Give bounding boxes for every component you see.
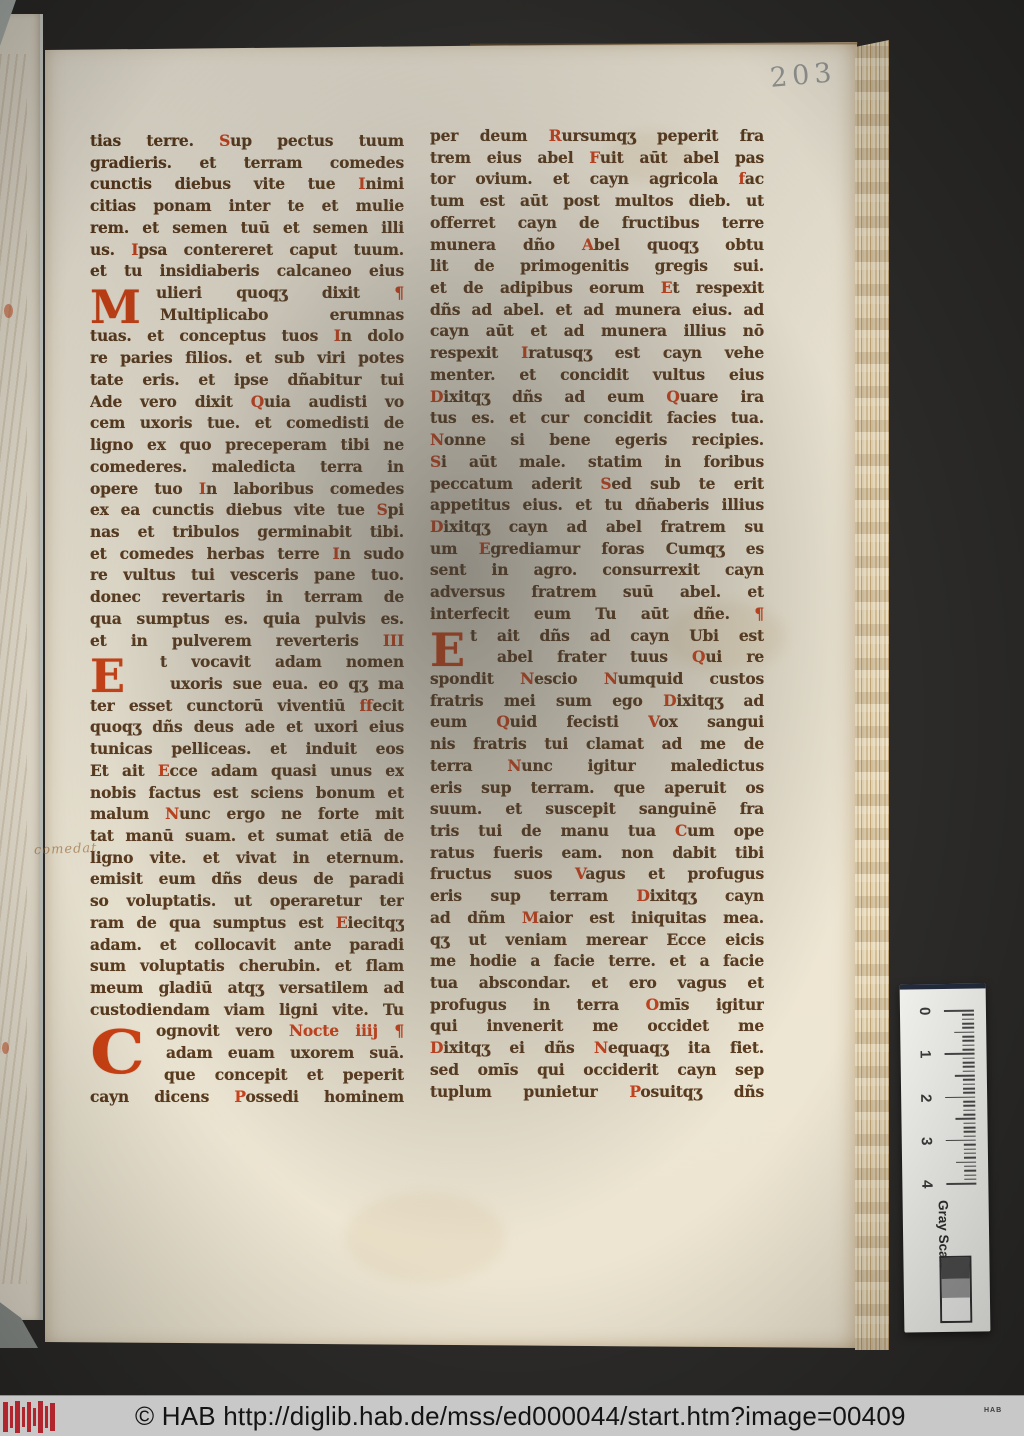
- registration-bar: [3, 1402, 8, 1432]
- text-run: tor ovium. et cayn agricola: [430, 169, 738, 188]
- text-line: comederes. maledicta terra in: [90, 456, 404, 478]
- rubricated-text: ff: [360, 696, 373, 715]
- text-run: ixitqʒ cayn: [650, 886, 764, 905]
- text-line: munera dño Abel quoqʒ obtu: [430, 234, 764, 256]
- rubricated-text: N: [520, 669, 534, 688]
- text-line: eris sup terram Dixitqʒ cayn: [430, 885, 764, 907]
- rubricated-text: Q: [251, 392, 264, 411]
- registration-bar: [15, 1401, 20, 1433]
- ruler-tick: [964, 1170, 976, 1172]
- ruler-tick: [964, 1152, 976, 1154]
- text-run: per deum: [430, 126, 549, 145]
- ruler-tick: [962, 1027, 974, 1029]
- ruler-tick: [956, 1161, 976, 1163]
- gray-scale-patches: [939, 1256, 972, 1323]
- registration-bar: [33, 1408, 36, 1426]
- text-run: aior est iniquitas mea.: [539, 908, 764, 927]
- text-run: uia audisti vo: [264, 392, 404, 411]
- manuscript-paragraph: Et vocavit adam nomenuxoris sue eua. eo …: [90, 651, 404, 1020]
- text-run: tum est aūt post multos dieb. ut: [430, 191, 764, 210]
- text-run: nobis factus est sciens bonum et: [90, 783, 404, 802]
- text-run: um ope: [687, 821, 764, 840]
- text-line: ter esset cunctorū viventiū ffecit: [90, 695, 404, 717]
- text-line: so voluptatis. ut operaretur ter: [90, 890, 404, 912]
- text-line: rem. et semen tuū et semen illi: [90, 217, 404, 239]
- rubricated-text: I: [333, 544, 340, 563]
- text-run: peccatum aderit: [430, 474, 600, 493]
- gray-patch-1: [942, 1279, 970, 1298]
- text-run: psa contereret caput tuum.: [138, 240, 404, 259]
- text-run: rem. et semen tuū et semen illi: [90, 218, 404, 237]
- rubricated-text: III: [383, 631, 404, 650]
- right-text-column: per deum Rursumqʒ peperit fratrem eius a…: [430, 125, 764, 1102]
- text-run: uid fecisti: [510, 712, 648, 731]
- ruler-tick: [963, 1088, 975, 1090]
- text-run: tua abscondar. et ero vagus et: [430, 973, 764, 992]
- text-run: nimi: [365, 174, 404, 193]
- ruler-tick: [955, 1075, 975, 1077]
- ruler-tick: [964, 1131, 976, 1133]
- text-run: sent in agro. consurrexit cayn: [430, 560, 764, 579]
- text-line: Dixitqʒ dñs ad eum Quare ira: [430, 386, 764, 408]
- text-run: so voluptatis. ut operaretur ter: [90, 891, 404, 910]
- text-run: emisit eum dñs deus de paradi: [90, 869, 404, 888]
- text-line: cayn aūt et ad munera illius nō: [430, 320, 764, 342]
- rubricated-text: D: [663, 691, 676, 710]
- text-run: ecit: [372, 696, 404, 715]
- text-run: abel frater tuus: [497, 647, 692, 666]
- text-run: ui re: [705, 647, 764, 666]
- text-run: us.: [90, 240, 131, 259]
- text-line: et in pulverem reverteris III: [90, 630, 404, 652]
- rubricated-text: V: [648, 712, 658, 731]
- text-run: comederes. maledicta terra in: [90, 457, 404, 476]
- rubricated-text: I: [334, 326, 341, 345]
- rubricated-text: F: [589, 148, 600, 167]
- ruler-tick: [962, 1018, 974, 1020]
- text-run: ursumqʒ peperit fra: [561, 126, 764, 145]
- text-run: i aūt male. statim in foribus: [441, 452, 764, 471]
- text-run: profugus in terra: [430, 995, 646, 1014]
- facing-page-rubric-speck: [4, 304, 13, 318]
- manuscript-paragraph: Et ait dñs ad cayn Ubi estabel frater tu…: [430, 625, 764, 1103]
- text-line: ram de qua sumptus est Eiecitqʒ: [90, 912, 404, 934]
- ruler-tick: [946, 1183, 976, 1185]
- ruler-tick: [954, 1031, 974, 1033]
- text-run: sed omīs qui occiderit cayn sep: [430, 1060, 764, 1079]
- text-line: re vultus tui vesceris pane tuo.: [90, 564, 404, 586]
- text-run: iecitqʒ: [348, 913, 404, 932]
- rubricated-text: S: [377, 500, 388, 519]
- ruler-tick: [963, 1109, 975, 1111]
- text-run: ed sub te erit: [611, 474, 764, 493]
- manuscript-paragraph: per deum Rursumqʒ peperit fratrem eius a…: [430, 125, 764, 625]
- text-run: terra: [430, 756, 507, 775]
- text-run: adam euam uxorem suā.: [166, 1043, 404, 1062]
- text-line: donec revertaris in terram de: [90, 586, 404, 608]
- text-run: n sudo: [340, 544, 404, 563]
- text-line: eum Quid fecisti Vox sangui: [430, 711, 764, 733]
- ruler-tick: [946, 1139, 976, 1141]
- text-line: respexit Iratusqʒ est cayn vehe: [430, 342, 764, 364]
- scanned-manuscript-view: 203 tias terre. Sup pectus tuumgradieris…: [0, 0, 1024, 1436]
- text-run: cunctis diebus vite tue: [90, 174, 358, 193]
- text-run: up pectus tuum: [230, 131, 404, 150]
- text-run: n laboribus comedes: [206, 479, 404, 498]
- text-run: ratusqʒ est cayn vehe: [528, 343, 764, 362]
- text-line: emisit eum dñs deus de paradi: [90, 868, 404, 890]
- text-run: quoqʒ dñs deus ade et uxori eius: [90, 717, 404, 736]
- text-line: et comedes herbas terre In sudo: [90, 543, 404, 565]
- text-run: tris tui de manu tua: [430, 821, 675, 840]
- text-line: tua abscondar. et ero vagus et: [430, 972, 764, 994]
- text-line: Ade vero dixit Quia audisti vo: [90, 391, 404, 413]
- ruler-tick: [963, 1092, 975, 1094]
- text-line: Nonne si bene egeris recipies.: [430, 429, 764, 451]
- text-run: uit aūt abel pas: [600, 148, 764, 167]
- text-run: grediamur foras Cumqʒ es: [490, 539, 764, 558]
- ruler-tick: [962, 1040, 974, 1042]
- text-line: tris tui de manu tua Cum ope: [430, 820, 764, 842]
- caption-bar: © HAB http://diglib.hab.de/mss/ed000044/…: [0, 1395, 1024, 1436]
- text-line: suum. et suscepit sanguinē fra: [430, 798, 764, 820]
- text-run: ex ea cunctis diebus vite tue: [90, 500, 377, 519]
- text-run: tuplum punietur: [430, 1082, 629, 1101]
- text-line: qui invenerit me occidet me: [430, 1015, 764, 1037]
- text-line: sent in agro. consurrexit cayn: [430, 559, 764, 581]
- text-run: cem uxoris tue. et comedisti de: [90, 413, 404, 432]
- text-run: qua sumptus es. quia pulvis es.: [90, 609, 404, 628]
- rubricated-text: N: [507, 756, 521, 775]
- text-line: adversus fratrem suū abel. et: [430, 581, 764, 603]
- text-line: profugus in terra Omīs igitur: [430, 994, 764, 1016]
- text-line: ligno ex quo preceperam tibi ne: [90, 434, 404, 456]
- text-run: qʒ ut veniam merear Ecce eicis: [430, 930, 764, 949]
- text-line: me hodie a facie terre. et a facie: [430, 950, 764, 972]
- text-run: me hodie a facie terre. et a facie: [430, 951, 764, 970]
- text-run: nis fratris tui clamat ad me de: [430, 734, 764, 753]
- text-line: fratris mei sum ego Dixitqʒ ad: [430, 690, 764, 712]
- text-line: citias ponam inter te et mulie: [90, 195, 404, 217]
- drop-cap-initial: C: [90, 1024, 145, 1082]
- text-run: t vocavit adam nomen: [160, 652, 404, 671]
- text-run: trem eius abel: [430, 148, 589, 167]
- rubricated-text: ¶: [394, 283, 404, 302]
- gray-patch-0: [941, 1258, 969, 1279]
- text-run: tat manū suam. et sumat etiā de: [90, 826, 404, 845]
- text-line: sum voluptatis cherubin. et flam: [90, 955, 404, 977]
- ruler-tick: [955, 1118, 975, 1120]
- text-run: cce adam quasi unus ex: [170, 761, 404, 780]
- rubricated-text: N: [594, 1038, 608, 1057]
- text-line: tate eris. et ipse dñabitur tui: [90, 369, 404, 391]
- ruler-tick: [964, 1144, 976, 1146]
- text-line: us. Ipsa contereret caput tuum.: [90, 239, 404, 261]
- ruler-tick: [963, 1113, 975, 1115]
- text-line: tias terre. Sup pectus tuum: [90, 130, 404, 152]
- registration-bar: [27, 1402, 31, 1432]
- text-run: cayn dicens: [90, 1087, 234, 1106]
- ruler-tick: [964, 1165, 976, 1167]
- drop-cap-initial: E: [90, 654, 125, 698]
- ruler-number: 3: [917, 1131, 935, 1151]
- text-run: unc igitur maledictus: [521, 756, 764, 775]
- text-run: appetitus eius. et tu dñaberis illius: [430, 495, 764, 514]
- text-line: fructus suos Vagus et profugus: [430, 863, 764, 885]
- ruler-tick: [945, 1053, 975, 1055]
- rubricated-text: P: [629, 1082, 640, 1101]
- ruler-tick: [962, 1014, 974, 1016]
- manuscript-paragraph: tias terre. Sup pectus tuumgradieris. et…: [90, 130, 404, 282]
- text-run: cayn aūt et ad munera illius nō: [430, 321, 764, 340]
- rubricated-text: Q: [496, 712, 509, 731]
- rubricated-text: S: [219, 131, 230, 150]
- text-line: tus es. et cur concidit facies tua.: [430, 407, 764, 429]
- registration-bar: [38, 1401, 43, 1433]
- text-run: ixitqʒ cayn ad abel fratrem su: [443, 517, 764, 536]
- ruler-numbers: 01234: [900, 983, 986, 984]
- ruler-tick: [964, 1174, 976, 1176]
- copyright-caption: © HAB http://diglib.hab.de/mss/ed000044/…: [135, 1400, 906, 1431]
- ruler-tick: [963, 1062, 975, 1064]
- ruler-tick: [962, 1049, 974, 1051]
- text-run: re paries filios. et sub viri potes: [90, 348, 404, 367]
- margin-note: comedat: [34, 841, 98, 858]
- folio-number: 203: [769, 57, 838, 94]
- ruler-tick: [945, 1096, 975, 1098]
- text-line: menter. et concidit vultus eius: [430, 364, 764, 386]
- text-run: dñs ad abel. et ad munera eius. ad: [430, 300, 764, 319]
- ruler-tick: [964, 1178, 976, 1180]
- rubricated-text: D: [430, 1038, 443, 1057]
- text-line: offerret cayn de fructibus terre: [430, 212, 764, 234]
- text-line: tat manū suam. et sumat etiā de: [90, 825, 404, 847]
- text-run: adversus fratrem suū abel. et: [430, 582, 764, 601]
- text-run: nas et tribulos germinabit tibi.: [90, 522, 404, 541]
- text-run: munera dño: [430, 235, 582, 254]
- text-run: eris sup terram: [430, 886, 637, 905]
- text-line: tunicas pelliceas. et induit eos: [90, 738, 404, 760]
- rubricated-text: E: [661, 278, 673, 297]
- rubricated-text: I: [199, 479, 206, 498]
- ruler-number: 0: [915, 1001, 933, 1021]
- rubricated-text: P: [234, 1087, 245, 1106]
- ruler-number: 1: [915, 1044, 933, 1064]
- ruler-tick: [963, 1057, 975, 1059]
- text-run: ixitqʒ ei dñs: [443, 1038, 594, 1057]
- text-run: ligno ex quo preceperam tibi ne: [90, 435, 404, 454]
- text-line: ratus fueris eam. non dabit tibi: [430, 842, 764, 864]
- ruler-tick: [964, 1148, 976, 1150]
- text-line: tor ovium. et cayn agricola fac: [430, 168, 764, 190]
- text-line: cayn dicens Possedi hominem: [90, 1086, 404, 1108]
- page-edge-stack: [855, 40, 889, 1350]
- text-line: ad dñm Maior est iniquitas mea.: [430, 907, 764, 929]
- ruler-tick: [963, 1070, 975, 1072]
- facing-page-ghost-text: [0, 54, 27, 1284]
- text-line: opere tuo In laboribus comedes: [90, 478, 404, 500]
- text-line: nas et tribulos germinabit tibi.: [90, 521, 404, 543]
- text-line: ex ea cunctis diebus vite tue Spi: [90, 499, 404, 521]
- parchment-stain: [345, 1192, 505, 1282]
- text-run: tus es. et cur concidit facies tua.: [430, 408, 764, 427]
- ruler-tick: [962, 1036, 974, 1038]
- text-run: tias terre.: [90, 131, 219, 150]
- text-line: adam. et collocavit ante paradi: [90, 934, 404, 956]
- rubricated-text: R: [549, 126, 562, 145]
- text-run: fructus suos: [430, 864, 575, 883]
- text-line: nobis factus est sciens bonum et: [90, 782, 404, 804]
- text-line: cunctis diebus vite tue Inimi: [90, 173, 404, 195]
- text-line: Et ait Ecce adam quasi unus ex: [90, 760, 404, 782]
- text-line: spondit Nescio Numquid custos: [430, 668, 764, 690]
- ruler-number: 2: [916, 1088, 934, 1108]
- gray-scale-label: Gray Scale: [936, 1200, 951, 1216]
- text-line: abel frater tuus Qui re: [430, 646, 764, 668]
- ruler-tick: [963, 1105, 975, 1107]
- text-line: gradieris. et terram comedes: [90, 152, 404, 174]
- text-run: uxoris sue eua. eo qʒ ma: [170, 674, 404, 693]
- text-run: lit de primogenitis gregis sui.: [430, 256, 764, 275]
- ruler-tick: [964, 1122, 976, 1124]
- text-run: umquid custos: [618, 669, 764, 688]
- text-line: terra Nunc igitur maledictus: [430, 755, 764, 777]
- text-run: ratus fueris eam. non dabit tibi: [430, 843, 764, 862]
- rubricated-text: D: [430, 387, 443, 406]
- text-run: offerret cayn de fructibus terre: [430, 213, 764, 232]
- ruler-tick: [962, 1023, 974, 1025]
- rubricated-text: E: [336, 913, 348, 932]
- ruler-tick: [964, 1157, 976, 1159]
- text-run: pi: [388, 500, 404, 519]
- text-line: eris sup terram. que aperuit os: [430, 777, 764, 799]
- rubricated-text: D: [430, 517, 443, 536]
- text-run: tunicas pelliceas. et induit eos: [90, 739, 404, 758]
- text-run: ox sangui: [659, 712, 764, 731]
- text-run: que concepit et peperit: [164, 1065, 404, 1084]
- ruler-tick: [964, 1135, 976, 1137]
- text-run: citias ponam inter te et mulie: [90, 196, 404, 215]
- text-run: tate eris. et ipse dñabitur tui: [90, 370, 404, 389]
- rubricated-text: Nocte iiij: [289, 1021, 378, 1040]
- text-line: quoqʒ dñs deus ade et uxori eius: [90, 716, 404, 738]
- gutter-fold-line: [40, 14, 43, 1320]
- rubricated-text: C: [675, 821, 687, 840]
- text-run: eris sup terram. que aperuit os: [430, 778, 764, 797]
- rubricated-text: E: [479, 539, 491, 558]
- text-line: dñs ad abel. et ad munera eius. ad: [430, 299, 764, 321]
- text-run: n dolo: [341, 326, 404, 345]
- text-run: onne si bene egeris recipies.: [444, 430, 764, 449]
- ruler-tick: [963, 1100, 975, 1102]
- text-run: interfecit eum Tu aūt dñe.: [430, 604, 754, 623]
- text-run: Multiplicabo erumnas: [160, 305, 404, 324]
- text-run: suum. et suscepit sanguinē fra: [430, 799, 764, 818]
- ruler-tick: [962, 1044, 974, 1046]
- text-run: unc ergo ne forte mit: [179, 804, 404, 823]
- text-line: per deum Rursumqʒ peperit fra: [430, 125, 764, 147]
- text-run: t ait dñs ad cayn Ubi est: [470, 626, 764, 645]
- text-run: ad dñm: [430, 908, 522, 927]
- rubricated-text: D: [637, 886, 650, 905]
- text-run: custodiendam viam ligni vite. Tu: [90, 1000, 404, 1019]
- text-run: ligno vite. et vivat in eternum.: [90, 848, 404, 867]
- text-run: osuitqʒ dñs: [640, 1082, 764, 1101]
- text-run: ossedi hominem: [245, 1087, 404, 1106]
- text-run: ram de qua sumptus est: [90, 913, 336, 932]
- text-line: custodiendam viam ligni vite. Tu: [90, 999, 404, 1021]
- text-run: bel quoqʒ obtu: [594, 235, 764, 254]
- text-run: et in pulverem reverteris: [90, 631, 383, 650]
- registration-bar: [10, 1406, 13, 1428]
- text-line: qʒ ut veniam merear Ecce eicis: [430, 929, 764, 951]
- text-line: tuplum punietur Posuitqʒ dñs: [430, 1081, 764, 1103]
- rubricated-text: Q: [666, 387, 679, 406]
- ruler-tick: [963, 1083, 975, 1085]
- text-line: Dixitqʒ cayn ad abel fratrem su: [430, 516, 764, 538]
- text-run: meum gladiū atqʒ versatilem ad: [90, 978, 404, 997]
- text-line: um Egrediamur foras Cumqʒ es: [430, 538, 764, 560]
- facing-page-rubric-speck: [2, 1042, 9, 1054]
- text-line: Si aūt male. statim in foribus: [430, 451, 764, 473]
- text-line: Dixitqʒ ei dñs Nequaqʒ ita fiet.: [430, 1037, 764, 1059]
- text-run: uare ira: [680, 387, 764, 406]
- rubricated-text: S: [430, 452, 441, 471]
- text-run: qui invenerit me occidet me: [430, 1016, 764, 1035]
- text-line: qua sumptus es. quia pulvis es.: [90, 608, 404, 630]
- rubricated-text: Q: [692, 647, 705, 666]
- rubricated-text: N: [165, 804, 179, 823]
- text-run: et tu insidiaberis calcaneo eius: [90, 261, 404, 280]
- rubricated-text: A: [582, 235, 594, 254]
- text-line: uxoris sue eua. eo qʒ ma: [90, 673, 404, 695]
- text-run: agus et profugus: [585, 864, 764, 883]
- text-run: gradieris. et terram comedes: [90, 153, 404, 172]
- text-line: re paries filios. et sub viri potes: [90, 347, 404, 369]
- text-run: Ade vero dixit: [90, 392, 251, 411]
- text-line: t vocavit adam nomen: [90, 651, 404, 673]
- registration-mark: [3, 1400, 55, 1434]
- text-run: ixitqʒ ad: [676, 691, 764, 710]
- text-line: ligno vite. et vivat in eternum.: [90, 847, 404, 869]
- text-line: interfecit eum Tu aūt dñe. ¶: [430, 603, 764, 625]
- manuscript-paragraph: Cognovit vero Nocte iiij ¶adam euam uxor…: [90, 1020, 404, 1107]
- text-run: ulieri quoqʒ dixit: [156, 283, 394, 302]
- text-run: eum: [430, 712, 496, 731]
- rubricated-text: ¶: [754, 604, 764, 623]
- text-run: equaqʒ ita fiet.: [608, 1038, 764, 1057]
- text-run: Et ait: [90, 761, 158, 780]
- text-line: et de adipibus eorum Et respexit: [430, 277, 764, 299]
- text-line: appetitus eius. et tu dñaberis illius: [430, 494, 764, 516]
- text-run: ac: [745, 169, 764, 188]
- text-run: fratris mei sum ego: [430, 691, 663, 710]
- text-line: t ait dñs ad cayn Ubi est: [430, 625, 764, 647]
- text-line: tum est aūt post multos dieb. ut: [430, 190, 764, 212]
- gray-patch-2: [942, 1298, 970, 1321]
- registration-bar: [45, 1406, 48, 1428]
- text-line: meum gladiū atqʒ versatilem ad: [90, 977, 404, 999]
- left-text-column: tias terre. Sup pectus tuumgradieris. et…: [90, 130, 404, 1107]
- manuscript-paragraph: Mulieri quoqʒ dixit ¶Multiplicabo erumna…: [90, 282, 404, 651]
- gray-scale-card: 01234 Gray Scale: [900, 983, 991, 1332]
- ruler-tick: [963, 1079, 975, 1081]
- text-line: lit de primogenitis gregis sui.: [430, 255, 764, 277]
- drop-cap-initial: E: [430, 628, 465, 672]
- rubricated-text: S: [600, 474, 611, 493]
- rubricated-text: E: [158, 761, 170, 780]
- text-run: malum: [90, 804, 165, 823]
